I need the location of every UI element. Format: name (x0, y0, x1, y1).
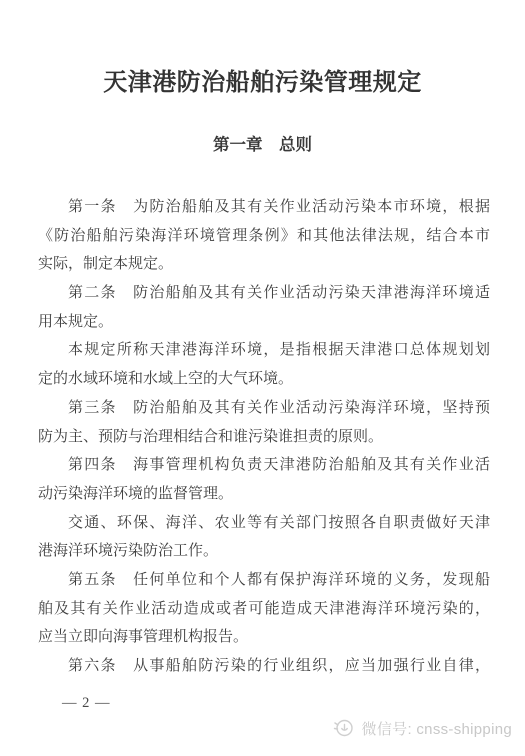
cnss-logo-icon (332, 716, 356, 740)
paragraph: 本规定所称天津港海洋环境，是指根据天津港口总体规划划定的水域环境和水域上空的大气… (38, 336, 490, 393)
text-line: 应当立即向海事管理机构报告。 (38, 623, 490, 652)
text-line: 定的水域环境和水域上空的大气环境。 (38, 365, 490, 394)
text-line: 第三条 防治船舶及其有关作业活动污染海洋环境，坚持预 (38, 394, 490, 423)
document-page: 天津港防治船舶污染管理规定 第一章 总则 第一条 为防治船舶及其有关作业活动污染… (0, 0, 525, 756)
text-line: 防为主、预防与治理相结合和谁污染谁担责的原则。 (38, 423, 490, 452)
paragraph: 第四条 海事管理机构负责天津港防治船舶及其有关作业活动污染海洋环境的监督管理。 (38, 451, 490, 508)
text-line: 第四条 海事管理机构负责天津港防治船舶及其有关作业活 (38, 451, 490, 480)
text-line: 用本规定。 (38, 308, 490, 337)
watermark: 微信号: cnss-shipping (332, 716, 512, 740)
text-line: 动污染海洋环境的监督管理。 (38, 480, 490, 509)
text-line: 《防治船舶污染海洋环境管理条例》和其他法律法规，结合本市 (38, 222, 490, 251)
text-line: 实际，制定本规定。 (38, 250, 490, 279)
watermark-text: 微信号: cnss-shipping (362, 718, 512, 739)
paragraph: 第二条 防治船舶及其有关作业活动污染天津港海洋环境适用本规定。 (38, 279, 490, 336)
document-body: 第一条 为防治船舶及其有关作业活动污染本市环境，根据《防治船舶污染海洋环境管理条… (38, 193, 490, 681)
document-title: 天津港防治船舶污染管理规定 (0, 68, 525, 98)
text-line: 舶及其有关作业活动造成或者可能造成天津港海洋环境污染的， (38, 595, 490, 624)
text-line: 港海洋环境污染防治工作。 (38, 537, 490, 566)
paragraph: 第五条 任何单位和个人都有保护海洋环境的义务，发现船舶及其有关作业活动造成或者可… (38, 566, 490, 652)
paragraph: 交通、环保、海洋、农业等有关部门按照各自职责做好天津港海洋环境污染防治工作。 (38, 509, 490, 566)
text-line: 本规定所称天津港海洋环境，是指根据天津港口总体规划划 (38, 336, 490, 365)
text-line: 第五条 任何单位和个人都有保护海洋环境的义务，发现船 (38, 566, 490, 595)
paragraph: 第三条 防治船舶及其有关作业活动污染海洋环境，坚持预防为主、预防与治理相结合和谁… (38, 394, 490, 451)
chapter-heading: 第一章 总则 (0, 134, 525, 156)
text-line: 第六条 从事船舶防污染的行业组织，应当加强行业自律， (38, 652, 490, 681)
text-line: 第二条 防治船舶及其有关作业活动污染天津港海洋环境适 (38, 279, 490, 308)
text-line: 交通、环保、海洋、农业等有关部门按照各自职责做好天津 (38, 509, 490, 538)
paragraph: 第一条 为防治船舶及其有关作业活动污染本市环境，根据《防治船舶污染海洋环境管理条… (38, 193, 490, 279)
paragraph: 第六条 从事船舶防污染的行业组织，应当加强行业自律， (38, 652, 490, 681)
page-number: — 2 — (62, 695, 111, 712)
text-line: 第一条 为防治船舶及其有关作业活动污染本市环境，根据 (38, 193, 490, 222)
